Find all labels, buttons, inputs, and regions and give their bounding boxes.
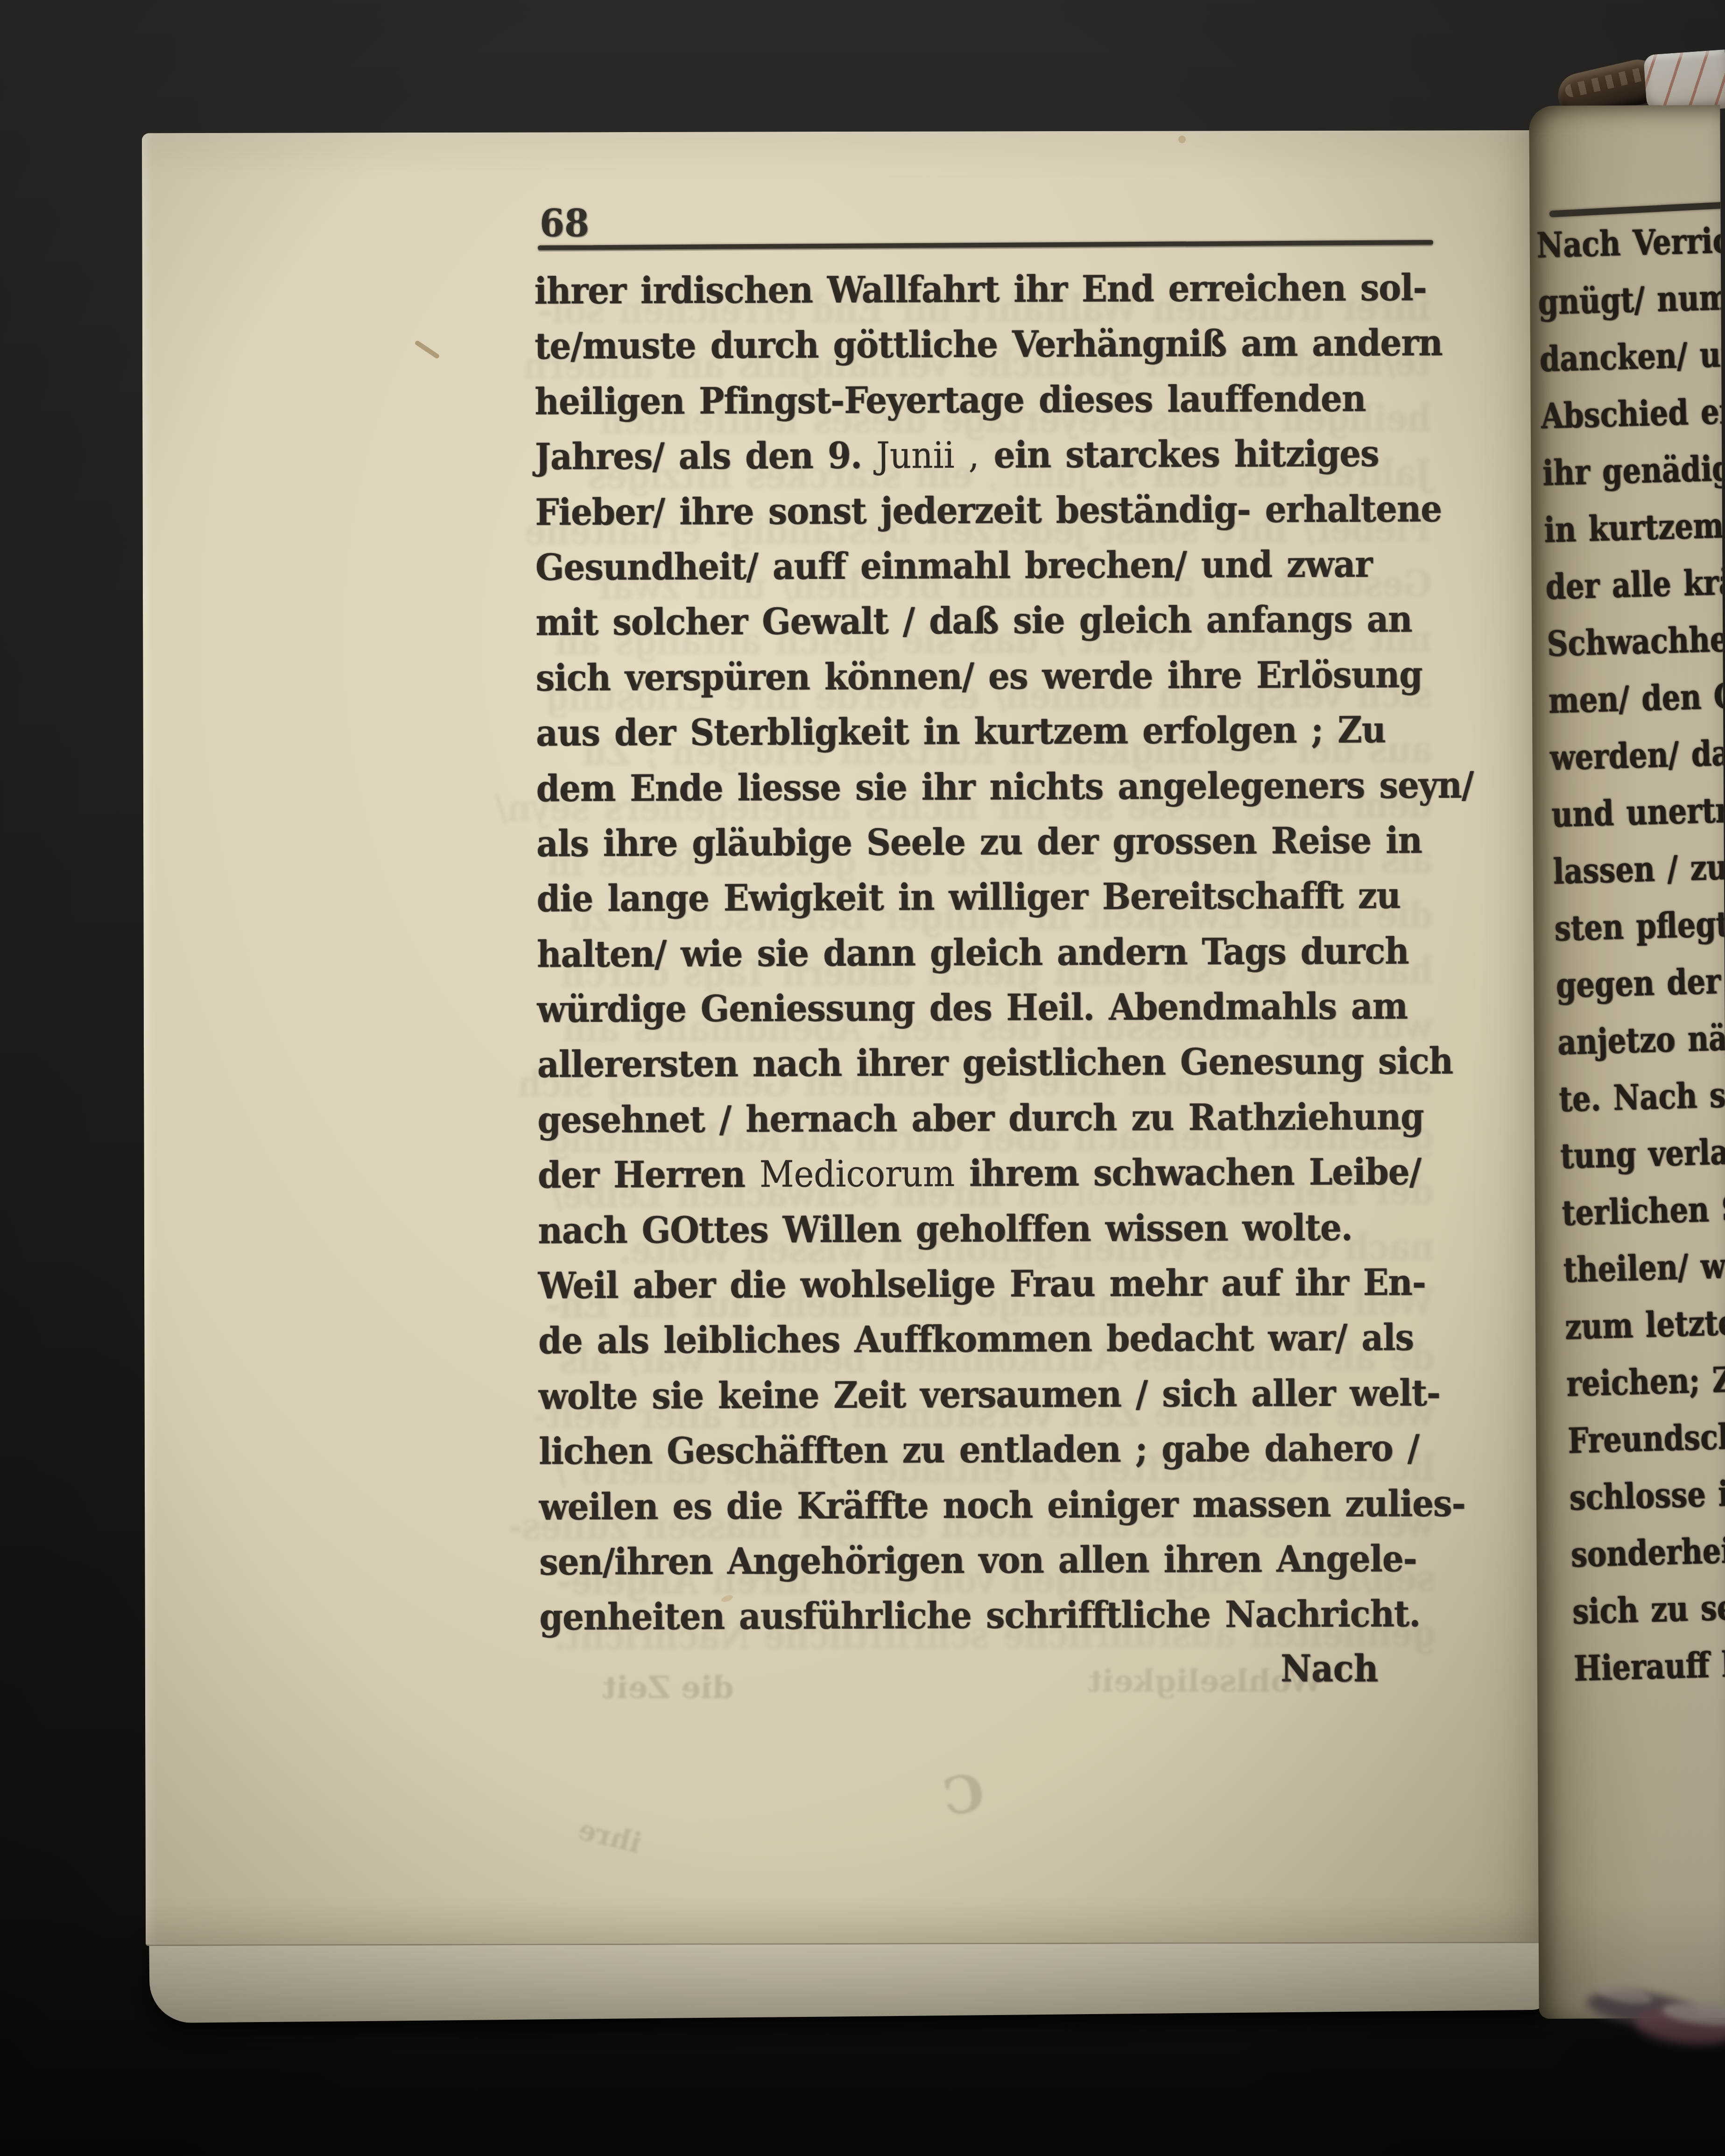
fraktur-text: reichen; Z — [1566, 1359, 1725, 1405]
fraktur-text: sen/ihren Angehörigen von allen ihren An… — [539, 1537, 1417, 1583]
fraktur-text: Jahres/ als den 9. — [535, 434, 876, 478]
fraktur-text: Gesundheit/ auff einmahl brechen/ und zw… — [535, 542, 1373, 589]
paper-stain — [1178, 135, 1186, 143]
fraktur-text: Hierauff be — [1573, 1643, 1725, 1689]
text-line: halten/ wie sie dann gleich andern Tags … — [537, 921, 1433, 984]
fraktur-text: der alle kräf — [1545, 561, 1725, 607]
text-line: genheiten ausführliche schrifftliche Nac… — [539, 1584, 1436, 1647]
catchword: Nach — [537, 1639, 1433, 1698]
fraktur-text: dancken/ und u — [1539, 332, 1725, 380]
text-line: ihrer irdischen Wallfahrt ihr End erreic… — [534, 258, 1430, 321]
fraktur-text: sich verspüren können/ es werde ihre Erl… — [536, 653, 1422, 699]
fraktur-text: lassen / zum ö — [1552, 845, 1725, 892]
fraktur-text: ihrer irdischen Wallfahrt ihr End erreic… — [534, 266, 1426, 312]
fraktur-text: Weil aber die wohlselige Frau mehr auf i… — [538, 1261, 1426, 1307]
fraktur-text: als ihre gläubige Seele zu der grossen R… — [536, 819, 1422, 865]
fraktur-text: tung verlangt — [1560, 1130, 1725, 1177]
text-line: sich verspüren können/ es werde ihre Erl… — [536, 645, 1432, 708]
fraktur-text: theilen/ wie — [1563, 1244, 1725, 1290]
fraktur-text: gnügt/ nummeh — [1537, 275, 1725, 323]
fraktur-text: wolte sie keine Zeit versaumen / sich al… — [538, 1371, 1440, 1417]
fraktur-text: werden/ daß si — [1549, 731, 1725, 778]
fraktur-text: Freundscha — [1567, 1415, 1725, 1461]
fraktur-text: te/muste durch göttliche Verhängniß am a… — [535, 321, 1443, 367]
text-line: Weil aber die wohlselige Frau mehr auf i… — [538, 1252, 1435, 1315]
text-line: als ihre gläubige Seele zu der grossen R… — [536, 810, 1433, 873]
fraktur-text: zum letzten A — [1564, 1300, 1725, 1347]
fraktur-text: weilen es die Kräffte noch einiger masse… — [539, 1482, 1465, 1528]
text-line: allerersten nach ihrer geistlichen Genes… — [537, 1032, 1434, 1095]
fraktur-text: mit solcher Gewalt / daß sie gleich anfa… — [535, 597, 1412, 644]
text-line: weilen es die Kräffte noch einiger masse… — [539, 1474, 1435, 1537]
fraktur-text: schlosse ihre — [1569, 1472, 1725, 1518]
text-line: mit solcher Gewalt / daß sie gleich anfa… — [535, 590, 1432, 653]
fraktur-text: terlichen Se — [1561, 1187, 1725, 1234]
text-line: gesehnet / hernach aber durch zu Rathzie… — [537, 1087, 1434, 1150]
fraktur-text: ihrem schwachen Leibe/ — [955, 1150, 1421, 1195]
fraktur-text: dem Ende liesse sie ihr nichts angelegen… — [536, 763, 1473, 810]
text-line: te/muste durch göttliche Verhängniß am a… — [535, 313, 1431, 376]
fraktur-text: der Herren — [538, 1152, 760, 1196]
text-line: würdige Geniessung des Heil. Abendmahls … — [537, 976, 1433, 1039]
fraktur-text: gegen der uner — [1556, 958, 1725, 1006]
fraktur-text: halten/ wie sie dann gleich andern Tags … — [537, 929, 1409, 975]
text-line: lichen Geschäfften zu entladen ; gabe da… — [539, 1419, 1435, 1482]
text-line: wolte sie keine Zeit versaumen / sich al… — [538, 1363, 1435, 1426]
text-line: Fieber/ ihre sonst jederzeit beständig- … — [535, 479, 1431, 542]
fraktur-text: gesehnet / hernach aber durch zu Rathzie… — [537, 1095, 1424, 1141]
fraktur-text: und unerträgl — [1551, 788, 1725, 835]
fraktur-text: Schwachheit — [1547, 618, 1725, 664]
fraktur-text: nach GOttes Willen geholffen wissen wolt… — [538, 1206, 1352, 1251]
headband-marbled-endpaper — [1643, 49, 1725, 114]
text-line: die lange Ewigkeit in williger Bereitsch… — [536, 866, 1433, 929]
fraktur-text: in kurtzem get — [1543, 503, 1725, 550]
fraktur-text: te. Nach so — [1558, 1074, 1725, 1120]
book-photo-scene: 68 ihrer irdischen Wallfahrt ihr End err… — [0, 0, 1725, 2156]
text-line: aus der Sterbligkeit in kurtzem erfolgen… — [536, 700, 1432, 763]
fraktur-text: die lange Ewigkeit in williger Bereitsch… — [536, 874, 1401, 920]
text-line: de als leibliches Auffkommen bedacht war… — [538, 1308, 1435, 1371]
fraktur-text: aus der Sterbligkeit in kurtzem erfolgen… — [536, 708, 1386, 754]
fraktur-text: Abschied erwa — [1541, 390, 1725, 437]
fraktur-text: Fieber/ ihre sonst jederzeit beständig- … — [535, 487, 1442, 533]
paper-stain — [414, 340, 440, 359]
fraktur-text: ihr genädiger — [1542, 447, 1725, 493]
fraktur-text: lichen Geschäfften zu entladen ; gabe da… — [539, 1426, 1419, 1473]
text-line: der Herren Medicorum ihrem schwachen Lei… — [538, 1142, 1434, 1205]
text-line: heiligen Pfingst-Feyertage dieses lauffe… — [535, 368, 1431, 431]
fraktur-text: Nach Verrich — [1536, 219, 1725, 266]
fraktur-text: de als leibliches Auffkommen bedacht war… — [538, 1316, 1414, 1362]
fraktur-text: ein starckes hitziges — [979, 432, 1379, 476]
fraktur-text: genheiten ausführliche schrifftliche Nac… — [539, 1592, 1420, 1638]
fraktur-text: sonderheit/ — [1570, 1530, 1725, 1575]
text-line: Jahres/ als den 9. Junii , ein starckes … — [535, 423, 1431, 486]
main-text-block: ihrer irdischen Wallfahrt ihr End erreic… — [534, 258, 1436, 1643]
fraktur-text: allerersten nach ihrer geistlichen Genes… — [537, 1039, 1453, 1086]
roman-text: Medicorum — [760, 1152, 955, 1195]
text-line: Gesundheit/ auff einmahl brechen/ und zw… — [535, 534, 1432, 597]
right-text-block: Nach Verrichgnügt/ nummehdancken/ und uA… — [1535, 191, 1725, 1692]
fraktur-text: men/ den Geist — [1548, 674, 1725, 722]
text-line: dem Ende liesse sie ihr nichts angelegen… — [536, 755, 1432, 818]
text-line: sen/ihren Angehörigen von allen ihren An… — [539, 1529, 1436, 1592]
fraktur-text: würdige Geniessung des Heil. Abendmahls … — [537, 984, 1408, 1031]
fraktur-text: heiligen Pfingst-Feyertage dieses lauffe… — [535, 377, 1366, 423]
text-line: nach GOttes Willen geholffen wissen wolt… — [538, 1197, 1434, 1260]
right-book-page-fragment: Nach Verrichgnügt/ nummehdancken/ und uA… — [1529, 105, 1725, 2019]
fraktur-text: anjetzo nähert — [1557, 1016, 1725, 1063]
page-number: 68 — [540, 202, 589, 245]
roman-text: Junii , — [876, 434, 979, 477]
fraktur-text: sich zu seine — [1572, 1586, 1725, 1632]
fraktur-text: sten pflegte / — [1554, 902, 1725, 949]
